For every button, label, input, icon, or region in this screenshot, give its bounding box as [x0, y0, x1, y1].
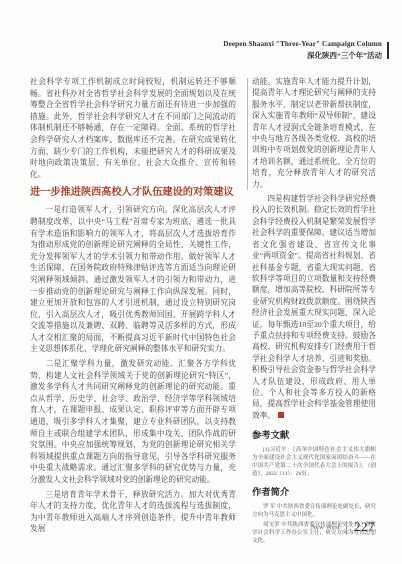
author-bio-item: 罗 军 中共陕西省委宣传部理论处副处长，研究方向为马克思主义中国化。: [252, 503, 376, 519]
paragraph-continued: 社会科学专项工作机制成立时间较短，机制运转还不够顺畅。省社科办对全省哲学社会科学…: [30, 76, 236, 180]
section-heading: 进一步推进陕西高校人才队伍建设的对策建议: [30, 187, 236, 199]
page-number: 227: [354, 520, 375, 534]
right-column: 动能。实施青年人才能力提升计划，提高青年人才理论研究与阐释的支持服务水平，制定以…: [252, 76, 376, 545]
paragraph-point4: 四是构建哲学社会科学研究经费投入的长效机制。稳定长效的哲学社会科学经费投入机制是…: [252, 193, 376, 421]
paragraph-point4-text: 四是构建哲学社会科学研究经费投入的长效机制。稳定长效的哲学社会科学经费投入机制是…: [252, 194, 376, 420]
left-column: 社会科学专项工作机制成立时间较短，机制运转还不够顺畅。省社科办对全省哲学社会科学…: [30, 76, 236, 535]
page-footer: New West 227: [311, 520, 375, 534]
paragraph-point3-right: 动能。实施青年人才能力提升计划，提高青年人才理论研究与阐释的支持服务水平，制定以…: [252, 76, 376, 190]
column-divider-rule: [247, 78, 248, 190]
reference-item: [1]习近平：《高举中国特色社会主义伟大旗帜 为全面建设社会主义现代化国家而团结…: [252, 446, 376, 478]
column-title-chinese: 深化陕西“三个年”活动: [223, 51, 382, 60]
authors-heading: 作者简介: [252, 487, 376, 499]
footer-rule-bar: [346, 521, 347, 534]
journal-page: Deepen Shaanxi "Three-Year" Campaign Col…: [0, 0, 402, 564]
references-heading: 参考文献: [252, 430, 376, 442]
column-header-text: Deepen Shaanxi "Three-Year" Campaign Col…: [223, 40, 382, 60]
paragraph-point1: 一是打造领军人才，引领研究方向。深化高层次人才评聘制度改革，以中央“马工程”首席…: [30, 204, 236, 355]
paragraph-point3-left: 三是培育青年学术骨干，释放研究活力。加大对优秀青年人才的支持力度，优化青年人才的…: [30, 489, 236, 535]
header-rule-bar: [387, 42, 389, 59]
journal-name: New West: [311, 524, 340, 531]
column-title-english: Deepen Shaanxi "Three-Year" Campaign Col…: [223, 40, 382, 49]
paragraph-point2: 二是汇聚学科力量，激发研究动能。汇聚各方学科优势，构建人文社会科学领域关于党的创…: [30, 358, 236, 486]
article-body: 社会科学专项工作机制成立时间较短，机制运转还不够顺畅。省社科办对全省哲学社会科学…: [30, 76, 376, 545]
article-end-mark-icon: [278, 412, 284, 418]
column-header: Deepen Shaanxi "Three-Year" Campaign Col…: [223, 40, 389, 60]
